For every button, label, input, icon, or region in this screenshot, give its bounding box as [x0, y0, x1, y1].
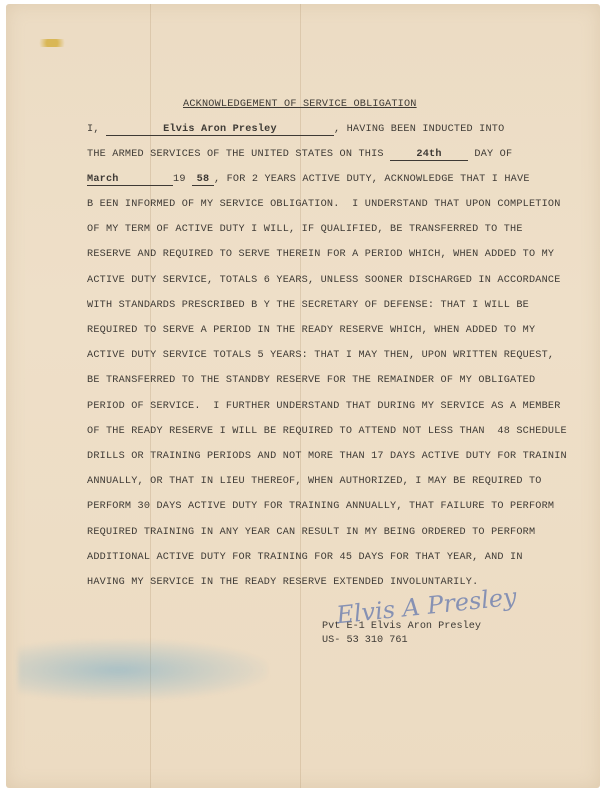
- text-line: ACTIVE DUTY SERVICE, TOTALS 6 YEARS, UNL…: [87, 275, 561, 286]
- ink-stamp-smudge: [18, 640, 268, 700]
- name-field: Elvis Aron Presley: [106, 124, 334, 136]
- staple-mark: [34, 39, 70, 47]
- text-line: ACTIVE DUTY SERVICE TOTALS 5 YEARS: THAT…: [87, 350, 554, 361]
- text-line: REQUIRED TO SERVE A PERIOD IN THE READY …: [87, 325, 535, 336]
- text-line: ANNUALLY, OR THAT IN LIEU THEREOF, WHEN …: [87, 476, 542, 487]
- text-line: PERFORM 30 DAYS ACTIVE DUTY FOR TRAINING…: [87, 501, 554, 512]
- fold-crease: [300, 4, 301, 788]
- day-field: 24th: [390, 149, 468, 161]
- name-line: I, Elvis Aron Presley, HAVING BEEN INDUC…: [87, 124, 504, 136]
- text-line: OF MY TERM OF ACTIVE DUTY I WILL, IF QUA…: [87, 224, 523, 235]
- text-line: WITH STANDARDS PRESCRIBED B Y THE SECRET…: [87, 300, 529, 311]
- service-number: US- 53 310 761: [322, 634, 517, 648]
- text-line: BE TRANSFERRED TO THE STANDBY RESERVE FO…: [87, 375, 535, 386]
- month-line: March19 58, FOR 2 YEARS ACTIVE DUTY, ACK…: [87, 174, 530, 186]
- text-line: PERIOD OF SERVICE. I FURTHER UNDERSTAND …: [87, 401, 561, 412]
- text-line: HAVING MY SERVICE IN THE READY RESERVE E…: [87, 577, 478, 588]
- text-line: REQUIRED TRAINING IN ANY YEAR CAN RESULT…: [87, 527, 535, 538]
- text-line: B EEN INFORMED OF MY SERVICE OBLIGATION.…: [87, 199, 561, 210]
- document-title: ACKNOWLEDGEMENT OF SERVICE OBLIGATION: [183, 99, 417, 110]
- year-field: 58: [192, 174, 214, 186]
- text-line: ADDITIONAL ACTIVE DUTY FOR TRAINING FOR …: [87, 552, 523, 563]
- text-line: OF THE READY RESERVE I WILL BE REQUIRED …: [87, 426, 567, 437]
- signature-block: Elvis A Presley Pvt E-1 Elvis Aron Presl…: [322, 592, 517, 648]
- month-field: March: [87, 174, 173, 186]
- date-line: THE ARMED SERVICES OF THE UNITED STATES …: [87, 149, 512, 161]
- text-line: DRILLS OR TRAINING PERIODS AND NOT MORE …: [87, 451, 567, 462]
- text-line: RESERVE AND REQUIRED TO SERVE THEREIN FO…: [87, 249, 554, 260]
